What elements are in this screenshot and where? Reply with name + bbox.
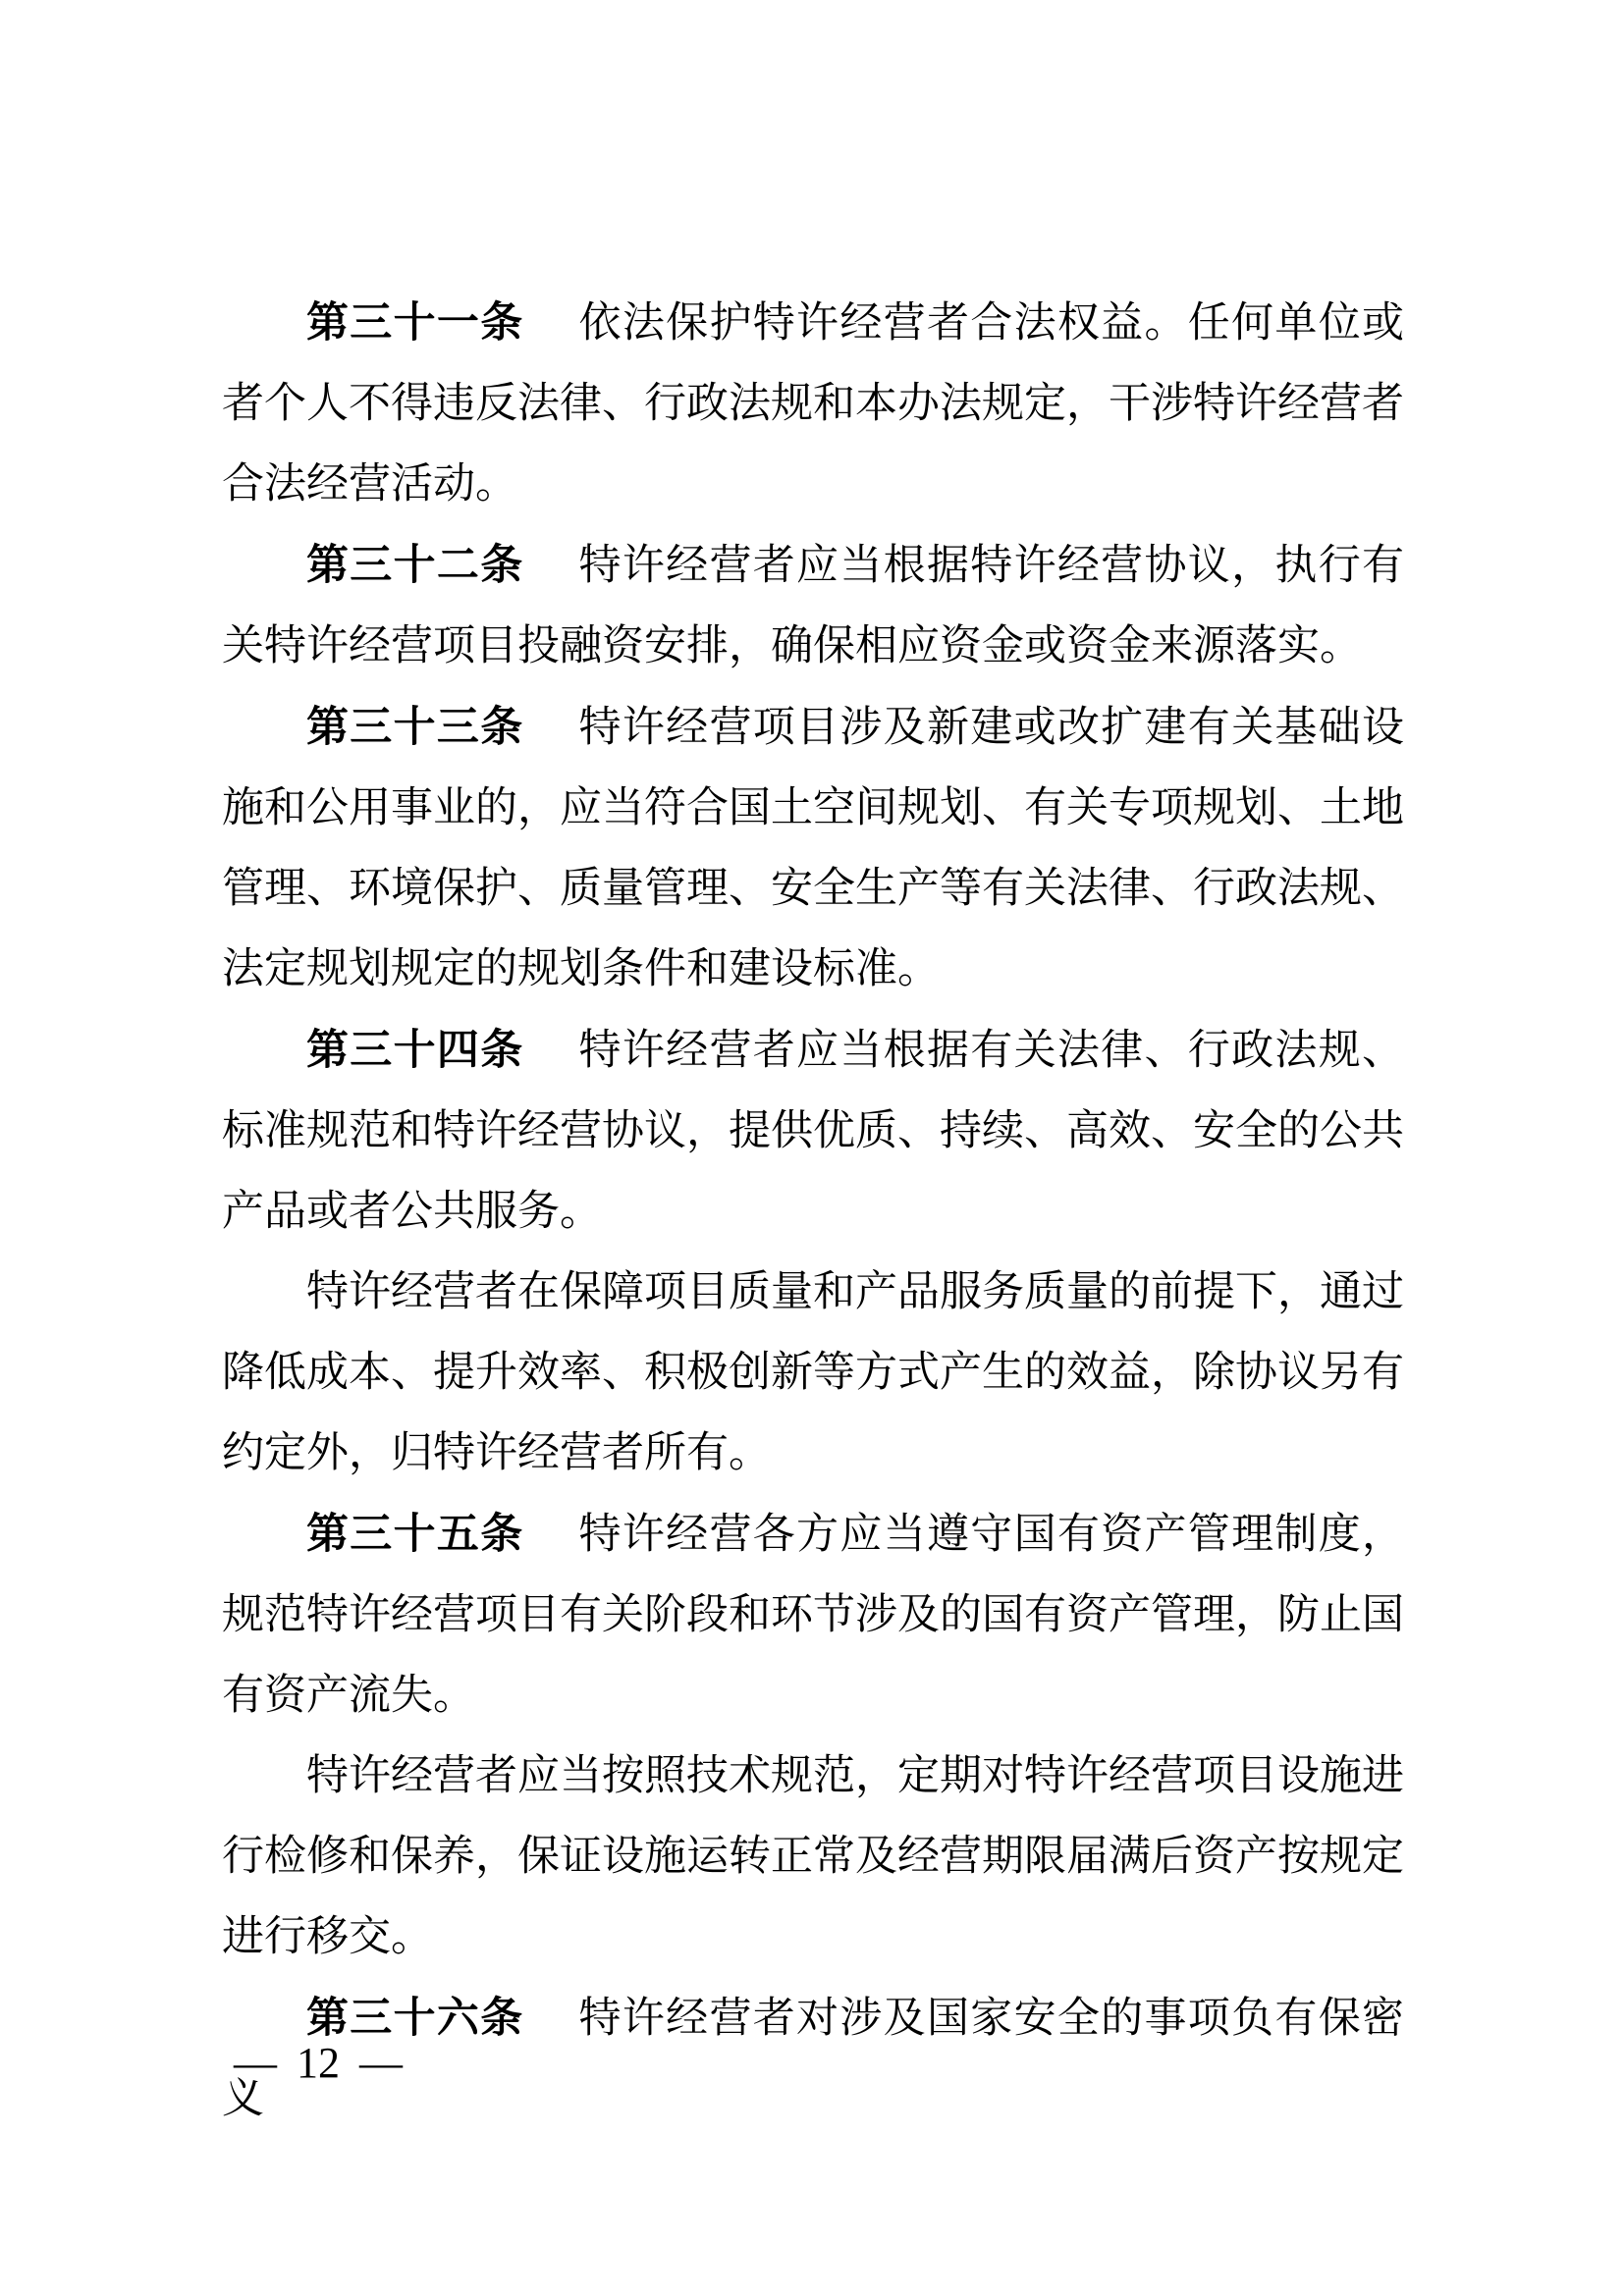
paragraph: 第三十二条特许经营者应当根据特许经营协议，执行有关特许经营项目投融资安排，确保相… <box>222 525 1404 687</box>
article-number: 第三十一条 <box>306 299 524 347</box>
footer-right-dash: — <box>359 2038 403 2089</box>
page-footer: —12— <box>234 2038 403 2089</box>
page-number: 12 <box>297 2038 340 2089</box>
paragraph: 特许经营者应当按照技术规范，定期对特许经营项目设施进行检修和保养，保证设施运转正… <box>222 1736 1404 1978</box>
article-number: 第三十五条 <box>306 1511 524 1558</box>
document-body: 第三十一条依法保护特许经营者合法权益。任何单位或者个人不得违反法律、行政法规和本… <box>222 283 1404 2140</box>
article-number: 第三十三条 <box>306 704 524 751</box>
paragraph: 特许经营者在保障项目质量和产品服务质量的前提下，通过降低成本、提升效率、积极创新… <box>222 1253 1404 1494</box>
paragraph: 第三十四条特许经营者应当根据有关法律、行政法规、标准规范和特许经营协议，提供优质… <box>222 1010 1404 1253</box>
paragraph: 第三十三条特许经营项目涉及新建或改扩建有关基础设施和公用事业的，应当符合国土空间… <box>222 687 1404 1010</box>
article-number: 第三十六条 <box>306 1995 524 2042</box>
paragraph-text: 特许经营者在保障项目质量和产品服务质量的前提下，通过降低成本、提升效率、积极创新… <box>222 1269 1404 1476</box>
paragraph: 第三十五条特许经营各方应当遵守国有资产管理制度，规范特许经营项目有关阶段和环节涉… <box>222 1494 1404 1736</box>
paragraph: 第三十一条依法保护特许经营者合法权益。任何单位或者个人不得违反法律、行政法规和本… <box>222 283 1404 525</box>
document-page: 第三十一条依法保护特许经营者合法权益。任何单位或者个人不得违反法律、行政法规和本… <box>0 0 1624 2296</box>
paragraph-text: 特许经营者应当按照技术规范，定期对特许经营项目设施进行检修和保养，保证设施运转正… <box>222 1753 1404 1960</box>
footer-left-dash: — <box>234 2038 277 2089</box>
article-number: 第三十二条 <box>306 542 524 589</box>
article-number: 第三十四条 <box>306 1027 524 1074</box>
